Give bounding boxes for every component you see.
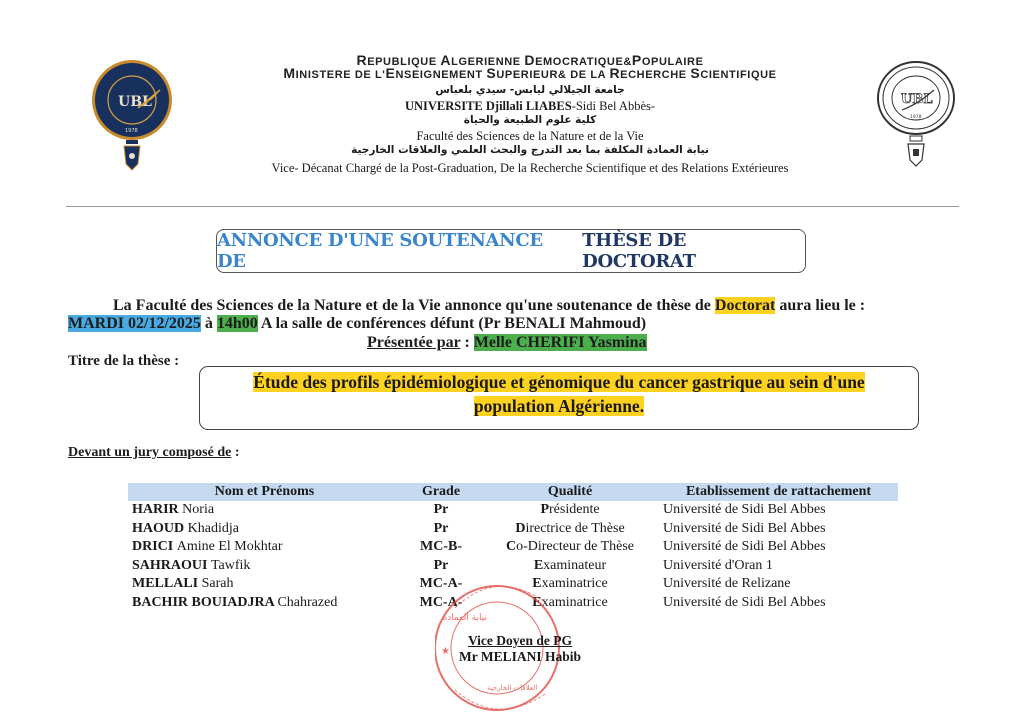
jury-member-name: HAOUD Khadidja [128, 520, 401, 539]
jury-member-role: Co-Directeur de Thèse [481, 538, 659, 557]
column-header-name: Nom et Prénoms [128, 483, 401, 501]
jury-member-role: Examinateur [481, 557, 659, 576]
university-logo-right: UBL 1978 [872, 56, 960, 176]
jury-member-grade: MC-B- [401, 538, 481, 557]
presented-by-sep: : [460, 334, 473, 351]
thesis-title-line2: population Algérienne. [474, 396, 644, 416]
jury-member-name: SAHRAOUI Tawfik [128, 557, 401, 576]
jury-member-surname: HAOUD [132, 521, 184, 536]
jury-member-role: Présidente [481, 501, 659, 520]
jury-member-firstname: Khadidja [188, 521, 239, 536]
jury-member-surname: BACHIR BOUIADJRA [132, 595, 274, 610]
jury-member-institution: Université de Sidi Bel Abbes [659, 520, 898, 539]
signatory-name: Mr MELIANI Habib [420, 649, 620, 665]
signatory-title: Vice Doyen de PG [420, 633, 620, 649]
jury-member-surname: HARIR [132, 502, 179, 517]
university-name: UNIVERSITE Djillali LIABES [405, 99, 572, 113]
intro-text: La Faculté des Sciences de la Nature et … [113, 297, 715, 314]
presented-by-line: Présentée par : Melle CHERIFI Yasmina [367, 334, 647, 352]
defense-location: A la salle de conférences défunt (Pr BEN… [258, 315, 646, 332]
header-divider [66, 206, 959, 207]
date-time-sep: à [201, 315, 217, 332]
svg-text:1978: 1978 [910, 114, 922, 120]
jury-heading-sep: : [231, 445, 239, 460]
jury-member-firstname: Noria [182, 502, 214, 517]
header-faculty-arabic: كلية علوم الطبيعة والحياة [200, 114, 860, 126]
svg-text:1978: 1978 [125, 128, 138, 134]
candidate-name: Melle CHERIFI Yasmina [474, 334, 647, 351]
signature-block: Vice Doyen de PG Mr MELIANI Habib [420, 633, 620, 665]
defense-date: MARDI 02/12/2025 [68, 315, 201, 332]
university-seal-bw-icon: UBL 1978 [872, 56, 960, 176]
intro-end: aura lieu le : [775, 297, 865, 314]
thesis-title-label: Titre de la thèse : [68, 353, 179, 370]
thesis-title-box: Étude des profils épidémiologique et gén… [199, 366, 919, 430]
jury-heading: Devant un jury composé de : [68, 445, 240, 461]
jury-member-name: DRICI Amine El Mokhtar [128, 538, 401, 557]
jury-row: DRICI Amine El MokhtarMC-B-Co-Directeur … [128, 538, 898, 557]
announcement-title-box: ANNONCE D'UNE SOUTENANCE DE THÈSE DE DOC… [216, 229, 806, 273]
svg-text:UBL: UBL [901, 92, 932, 107]
jury-member-surname: SAHRAOUI [132, 558, 207, 573]
jury-member-institution: Université de Sidi Bel Abbes [659, 538, 898, 557]
jury-member-institution: Université d'Oran 1 [659, 557, 898, 576]
svg-text:العلاقات الخارجية: العلاقات الخارجية [487, 684, 537, 692]
jury-member-role: Directrice de Thèse [481, 520, 659, 539]
defense-time: 14h00 [217, 315, 258, 332]
jury-member-institution: Université de Sidi Bel Abbes [659, 594, 898, 613]
column-header-institution: Etablissement de rattachement [659, 483, 898, 501]
header-university-arabic: جامعة الجيلالي ليابس- سيدي بلعباس [200, 84, 860, 96]
jury-member-firstname: Sarah [202, 576, 234, 591]
jury-member-name: BACHIR BOUIADJRA Chahrazed [128, 594, 401, 613]
jury-member-firstname: Amine El Mokhtar [177, 539, 283, 554]
header-vice-deanship-arabic: نيابة العمادة المكلفة بما بعد التدرج وال… [200, 144, 860, 156]
jury-row: HAOUD KhadidjaPrDirectrice de ThèseUnive… [128, 520, 898, 539]
jury-member-institution: Université de Sidi Bel Abbes [659, 501, 898, 520]
svg-text:نيابة العمادة: نيابة العمادة [443, 613, 487, 623]
university-seal-icon: UBL 1978 [88, 56, 176, 176]
header-faculty: Faculté des Sciences de la Nature et de … [200, 129, 860, 144]
jury-member-firstname: Tawfik [211, 558, 250, 573]
announcement-title-part1: ANNONCE D'UNE SOUTENANCE DE [217, 230, 576, 272]
header-university: UNIVERSITE Djillali LIABES-Sidi Bel Abbè… [200, 99, 860, 114]
announcement-datetime: MARDI 02/12/2025 à 14h00 A la salle de c… [68, 315, 646, 333]
university-logo-left: UBL 1978 [88, 56, 176, 176]
announcement-intro: La Faculté des Sciences de la Nature et … [113, 297, 865, 315]
jury-row: HARIR NoriaPrPrésidenteUniversité de Sid… [128, 501, 898, 520]
jury-table-header: Nom et Prénoms Grade Qualité Etablisseme… [128, 483, 898, 501]
column-header-grade: Grade [401, 483, 481, 501]
announcement-title-part2: THÈSE DE DOCTORAT [582, 230, 805, 272]
university-city: -Sidi Bel Abbès- [572, 99, 655, 113]
degree-highlight: Doctorat [715, 297, 775, 314]
header-ministry: MINISTERE DE L'ENSEIGNEMENT SUPERIEUR& D… [200, 65, 860, 81]
jury-member-surname: MELLALI [132, 576, 198, 591]
header-vice-deanship: Vice- Décanat Chargé de la Post-Graduati… [160, 161, 900, 176]
jury-member-name: MELLALI Sarah [128, 575, 401, 594]
presented-by-label: Présentée par [367, 334, 460, 351]
column-header-role: Qualité [481, 483, 659, 501]
jury-member-firstname: Chahrazed [277, 595, 337, 610]
jury-member-surname: DRICI [132, 539, 173, 554]
jury-heading-label: Devant un jury composé de [68, 445, 231, 460]
jury-member-grade: Pr [401, 501, 481, 520]
thesis-title-line1: Étude des profils épidémiologique et gén… [253, 372, 864, 392]
jury-row: SAHRAOUI TawfikPrExaminateurUniversité d… [128, 557, 898, 576]
jury-member-grade: Pr [401, 520, 481, 539]
jury-member-grade: Pr [401, 557, 481, 576]
jury-member-name: HARIR Noria [128, 501, 401, 520]
jury-member-institution: Université de Relizane [659, 575, 898, 594]
